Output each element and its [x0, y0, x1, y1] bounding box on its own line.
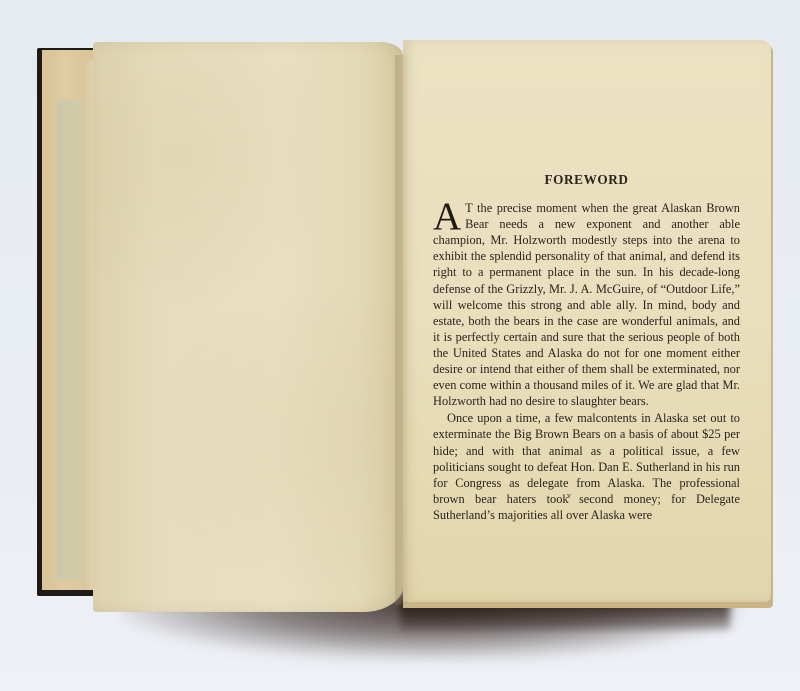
drop-cap: A	[433, 202, 461, 232]
paragraph-2: Once upon a time, a few malcontents in A…	[433, 410, 740, 523]
paragraph-1: AT the precise moment when the great Ala…	[433, 200, 740, 409]
left-page-blank	[93, 42, 403, 612]
foreword-text: FOREWORD AT the precise moment when the …	[433, 172, 740, 523]
paragraph-1-text: T the precise moment when the great Alas…	[433, 201, 740, 408]
book-photo: FOREWORD AT the precise moment when the …	[0, 0, 800, 691]
page-number-marker: v	[567, 491, 571, 500]
paper-texture	[93, 42, 403, 612]
page-heading: FOREWORD	[433, 172, 740, 188]
gutter-shading	[395, 55, 409, 605]
